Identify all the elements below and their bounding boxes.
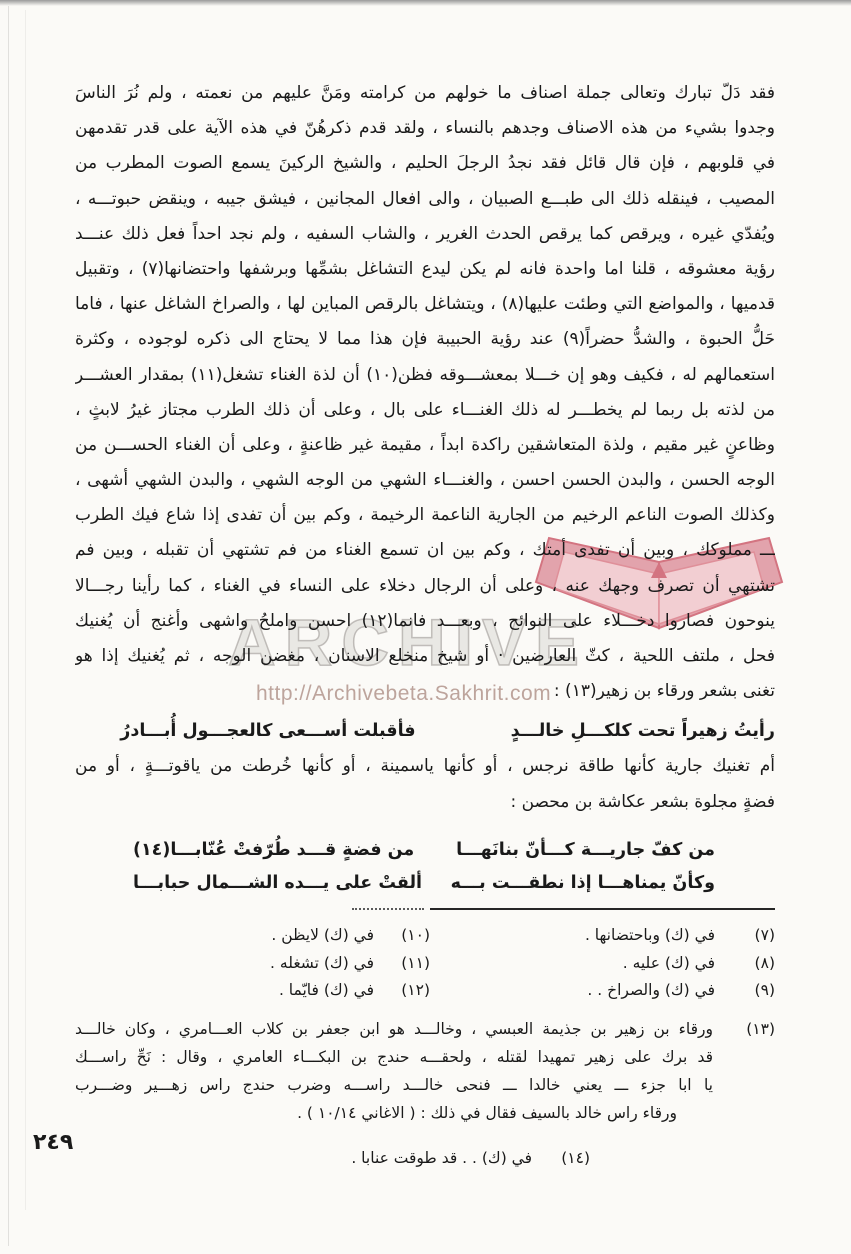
footnote-text: في (ك) وباحتضانها . bbox=[585, 922, 715, 950]
body-line: تغنى بشعر ورقاء بن زهير(١٣) : bbox=[75, 674, 775, 709]
body-line: الوجه الحسن ، والبدن الحسن احسن ، والغنـ… bbox=[75, 463, 775, 498]
poem-row: من كفّ جاريـــة كـــأنّ بنانَهـــا من فض… bbox=[133, 834, 715, 868]
scan-top-edge bbox=[0, 0, 851, 6]
footnote-item: (١٢) في (ك) فايّما . bbox=[75, 977, 430, 1005]
hemistich-right: من كفّ جاريـــة كـــأنّ بنانَهـــا bbox=[456, 834, 715, 868]
hemistich-left: ألقتْ على يـــده الشـــمال حبابـــا bbox=[133, 867, 422, 901]
footnote-row: (٩) في (ك) والصراخ . . (١٢) في (ك) فايّم… bbox=[75, 977, 775, 1005]
main-text-block: فقد دَلّ تبارك وتعالى جملة اصناف ما خوله… bbox=[75, 76, 775, 901]
scan-left-edge-line bbox=[8, 6, 9, 1246]
body-line: ينوحون فصاروا دخـــلاء على النوائح ، وبع… bbox=[75, 604, 775, 639]
body-line: فحل ، ملتف اللحية ، كثّ العارضين · أو شي… bbox=[75, 639, 775, 674]
body-line: فضةٍ مجلوة بشعر عكاشة بن محصن : bbox=[75, 785, 775, 820]
footnote-item: (١٠) في (ك) لايظن . bbox=[75, 922, 430, 950]
footnote-line: قد برك على زهير تمهيدا لقتله ، ولحقـــه … bbox=[75, 1043, 713, 1071]
footnote-number: (١٠) bbox=[384, 922, 430, 950]
hemistich-left: من فضةٍ قـــد طُرّفتْ عُنّابـــا(١٤) bbox=[133, 834, 414, 868]
footnote-text: في (ك) . . قد طوقت عنابا . bbox=[351, 1145, 532, 1172]
footnote-number: (١٢) bbox=[384, 977, 430, 1005]
footnote-text: في (ك) عليه . bbox=[623, 950, 715, 978]
body-line: من لذته بل ربما لم يخطـــر له ذلك الغنــ… bbox=[75, 393, 775, 428]
scan-left-edge-line-2 bbox=[25, 10, 26, 1210]
body-line: تشتهي أن تصرف وجهك عنه ، وعلى أن الرجال … bbox=[75, 569, 775, 604]
body-line: استعمالهم له ، فكيف وهو إن خـــلا بمعشــ… bbox=[75, 358, 775, 393]
poem-couplet-2: من كفّ جاريـــة كـــأنّ بنانَهـــا من فض… bbox=[133, 834, 715, 901]
footnote-item: (٩) في (ك) والصراخ . . bbox=[430, 977, 775, 1005]
footnote-separator bbox=[75, 908, 775, 910]
body-line: وظاعنٍ غير مقيم ، ولذة المتعاشقين راكدة … bbox=[75, 428, 775, 463]
footnote-line: يا ابا جزء ـــ يعني خالدا ـــ فنحى خالــ… bbox=[75, 1071, 713, 1099]
footnote-text: في (ك) فايّما . bbox=[279, 977, 374, 1005]
page-number: ٢٤٩ bbox=[33, 1130, 73, 1155]
footnote-separator-solid bbox=[430, 908, 775, 910]
hemistich-right: رأيتُ زهيراً تحت كلكـــلِ خالـــدٍ bbox=[511, 713, 775, 749]
footnote-number: (٩) bbox=[729, 977, 775, 1005]
scanned-book-page: ARCHIVE http://Archivebeta.Sakhrit.com ف… bbox=[0, 0, 851, 1254]
footnotes-block: (٧) في (ك) وباحتضانها . (١٠) في (ك) لايظ… bbox=[75, 908, 775, 1172]
body-line: حَلُّ الحبوة ، والشدُّ حضراً(٩) عند رؤية… bbox=[75, 322, 775, 357]
footnote-item: (٧) في (ك) وباحتضانها . bbox=[430, 922, 775, 950]
body-line: في قلوبهم ، فإن قال قائل فقد نجدُ الرجلَ… bbox=[75, 146, 775, 181]
poem-row: وكأنّ يمناهـــا إذا نطقـــت بـــه ألقتْ … bbox=[133, 867, 715, 901]
footnote-text: في (ك) والصراخ . . bbox=[587, 977, 715, 1005]
body-line: قدميها ، والمواضع التي وطئت عليها(٨) ، و… bbox=[75, 287, 775, 322]
footnote-number: (٧) bbox=[729, 922, 775, 950]
hemistich-right: وكأنّ يمناهـــا إذا نطقـــت بـــه bbox=[451, 867, 715, 901]
footnote-item: (٨) في (ك) عليه . bbox=[430, 950, 775, 978]
footnote-line: ورقاء بن زهير بن جذيمة العبسي ، وخالـــد… bbox=[75, 1015, 713, 1043]
body-line: ويُفدّي غيره ، ويرقص كما يرقص الحدث الغر… bbox=[75, 217, 775, 252]
body-line: المصيب ، فينقله ذلك الى طبـــع الصبيان ،… bbox=[75, 182, 775, 217]
footnote-13: (١٣) ورقاء بن زهير بن جذيمة العبسي ، وخا… bbox=[75, 1015, 775, 1128]
footnote-row: (٨) في (ك) عليه . (١١) في (ك) تشغله . bbox=[75, 950, 775, 978]
footnote-text: في (ك) تشغله . bbox=[270, 950, 374, 978]
footnote-number: (١٣) bbox=[729, 1015, 775, 1128]
body-line: وجدوا بشيء من هذه الاصناف وجدهم بالنساء … bbox=[75, 111, 775, 146]
body-line: فقد دَلّ تبارك وتعالى جملة اصناف ما خوله… bbox=[75, 76, 775, 111]
body-line: أم تغنيك جارية كأنها طاقة نرجس ، أو كأنه… bbox=[75, 749, 775, 784]
body-line: رؤية معشوقه ، قلنا اما واحدة فانه لم يكن… bbox=[75, 252, 775, 287]
footnote-number: (٨) bbox=[729, 950, 775, 978]
footnote-text: في (ك) لايظن . bbox=[271, 922, 374, 950]
footnote-line: ورقاء راس خالد بالسيف فقال في ذلك : ( ال… bbox=[75, 1099, 713, 1127]
footnote-separator-dotted bbox=[352, 908, 424, 910]
footnote-item: (١١) في (ك) تشغله . bbox=[75, 950, 430, 978]
body-line: وكذلك الصوت الناعم الرخيم من الجارية الن… bbox=[75, 498, 775, 533]
footnote-number: (١١) bbox=[384, 950, 430, 978]
hemistich-left: فأقبلت أســـعى كالعجـــول أُبـــادرُ bbox=[120, 713, 415, 749]
footnote-14: (١٤) في (ك) . . قد طوقت عنابا . bbox=[75, 1145, 590, 1172]
poem-couplet-1: رأيتُ زهيراً تحت كلكـــلِ خالـــدٍ فأقبل… bbox=[75, 713, 775, 749]
body-line: ـــ مملوكك ، وبين أن تفدى أمتك ، وكم بين… bbox=[75, 533, 775, 568]
footnote-13-text: ورقاء بن زهير بن جذيمة العبسي ، وخالـــد… bbox=[75, 1015, 713, 1128]
footnote-row: (٧) في (ك) وباحتضانها . (١٠) في (ك) لايظ… bbox=[75, 922, 775, 950]
footnote-number: (١٤) bbox=[544, 1145, 590, 1172]
